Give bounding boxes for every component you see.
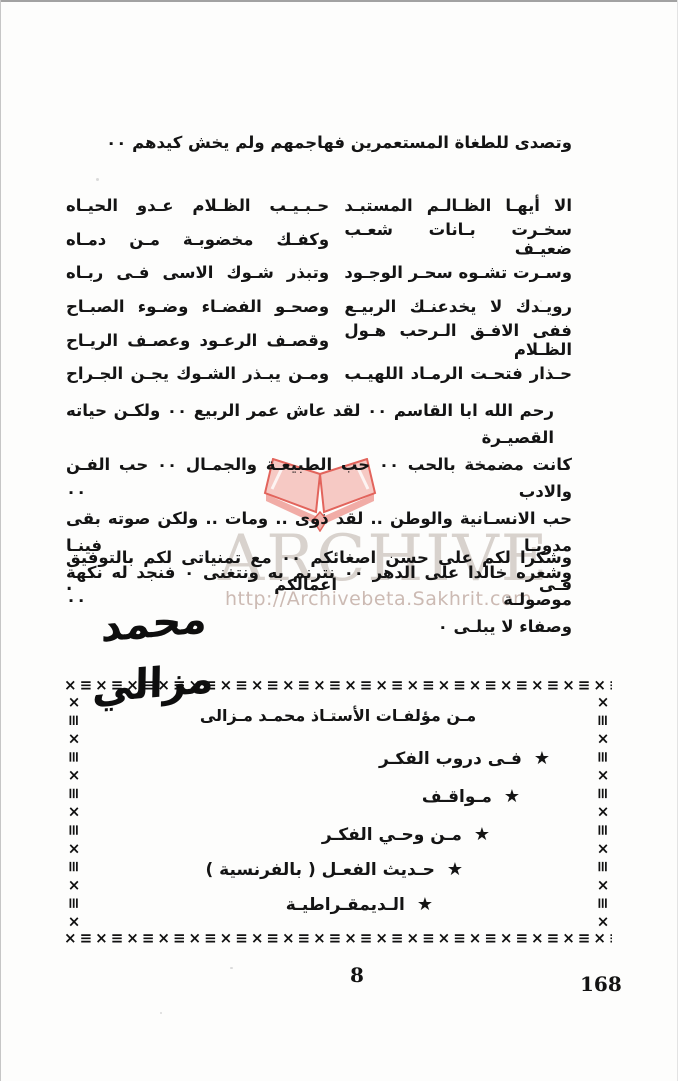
book-list-item: ★ فـى دروب الفكـر xyxy=(379,746,550,772)
page-number-inner: 8 xyxy=(350,963,364,987)
verse-hemistich-left: وقصـف الرعـود وعصـف الريـاح xyxy=(66,331,329,350)
verse-hemistich-right: ففى الافـق الـرحب هـول الظـلام xyxy=(344,321,572,359)
star-bullet-icon: ★ xyxy=(474,826,490,844)
frame-border-bottom: ×≡×≡×≡×≡×≡×≡×≡×≡×≡×≡×≡×≡×≡×≡×≡×≡×≡×≡×≡×≡… xyxy=(64,929,612,948)
closing-line: وشكرا لكم على حسن اصغائكم ٠٠ مع تمنياتى … xyxy=(66,544,572,598)
opening-line: وتصدى للطغاة المستعمرين فهاجمهم ولم يخش … xyxy=(66,130,572,156)
books-list-title: مـن مؤلفـات الأستـاذ محمـد مـزالى xyxy=(64,702,612,730)
books-frame: ×≡×≡×≡×≡×≡×≡×≡×≡×≡×≡×≡×≡×≡×≡×≡×≡×≡×≡×≡×≡… xyxy=(64,676,612,948)
prose-line: كانت مضمخة بالحب ٠٠ حب الطبيعـة والجمـال… xyxy=(66,451,572,505)
prose-line: رحم الله ابا القاسم ٠٠ لقد عاش عمر الربي… xyxy=(66,397,572,451)
verse-hemistich-right: الا أيهـا الظـالـم المستبـد xyxy=(344,196,572,215)
verse-hemistich-left: وتبذر شـوك الاسى فـى ربـاه xyxy=(66,263,329,282)
verse-hemistich-right: حـذار فتحـت الرمـاد اللهيـب xyxy=(344,364,572,383)
book-title: مـن وحـي الفكـر xyxy=(322,822,462,848)
book-list-item: ★ حـديث الفعـل ( بالفرنسية ) xyxy=(205,857,463,883)
book-title: الـديمقـراطيـة xyxy=(286,892,405,918)
star-bullet-icon: ★ xyxy=(417,896,433,914)
verse-hemistich-right: سخـرت بـانات شعـب ضعيـف xyxy=(344,220,572,258)
page-number-outer: 168 xyxy=(580,972,622,996)
verse-hemistich-right: رويـدك لا يخدعنـك الربيـع xyxy=(344,297,572,316)
verse-hemistich-left: وكفـك مخضوبـة مـن دمـاه xyxy=(66,230,329,249)
star-bullet-icon: ★ xyxy=(504,788,520,806)
book-list-item: ★ مـواقـف xyxy=(422,784,520,810)
book-list-item: ★ الـديمقـراطيـة xyxy=(286,892,433,918)
poem-verse-row: حـذار فتحـت الرمـاد اللهيـب ومـن يبـذر ا… xyxy=(66,357,572,391)
book-title: مـواقـف xyxy=(422,784,492,810)
poem-verse-row: سخـرت بـانات شعـب ضعيـف وكفـك مخضوبـة مـ… xyxy=(66,223,572,257)
scanned-page: ARCHIVE http://Archivebeta.Sakhrit.com و… xyxy=(0,0,678,1081)
star-bullet-icon: ★ xyxy=(447,861,463,879)
page-content: وتصدى للطغاة المستعمرين فهاجمهم ولم يخش … xyxy=(0,0,678,1081)
star-bullet-icon: ★ xyxy=(534,750,550,768)
verse-hemistich-left: حـبـيـب الظـلام عـدو الحيـاه xyxy=(66,196,329,215)
book-title: حـديث الفعـل ( بالفرنسية ) xyxy=(205,857,434,883)
poem-block: الا أيهـا الظـالـم المستبـد حـبـيـب الظـ… xyxy=(66,189,572,391)
poem-verse-row: وسـرت تشـوه سحـر الوجـود وتبذر شـوك الاس… xyxy=(66,256,572,290)
verse-hemistich-right: وسـرت تشـوه سحـر الوجـود xyxy=(344,263,572,282)
frame-border-top: ×≡×≡×≡×≡×≡×≡×≡×≡×≡×≡×≡×≡×≡×≡×≡×≡×≡×≡×≡×≡… xyxy=(64,676,612,695)
book-title: فـى دروب الفكـر xyxy=(379,746,522,772)
poem-verse-row: ففى الافـق الـرحب هـول الظـلام وقصـف الر… xyxy=(66,323,572,357)
verse-hemistich-left: ومـن يبـذر الشـوك يجـن الجـراح xyxy=(66,364,329,383)
verse-hemistich-left: وصحـو الفضـاء وضـوء الصبـاح xyxy=(66,297,329,316)
poem-verse-row: رويـدك لا يخدعنـك الربيـع وصحـو الفضـاء … xyxy=(66,290,572,324)
book-list-item: ★ مـن وحـي الفكـر xyxy=(322,822,490,848)
poem-verse-row: الا أيهـا الظـالـم المستبـد حـبـيـب الظـ… xyxy=(66,189,572,223)
